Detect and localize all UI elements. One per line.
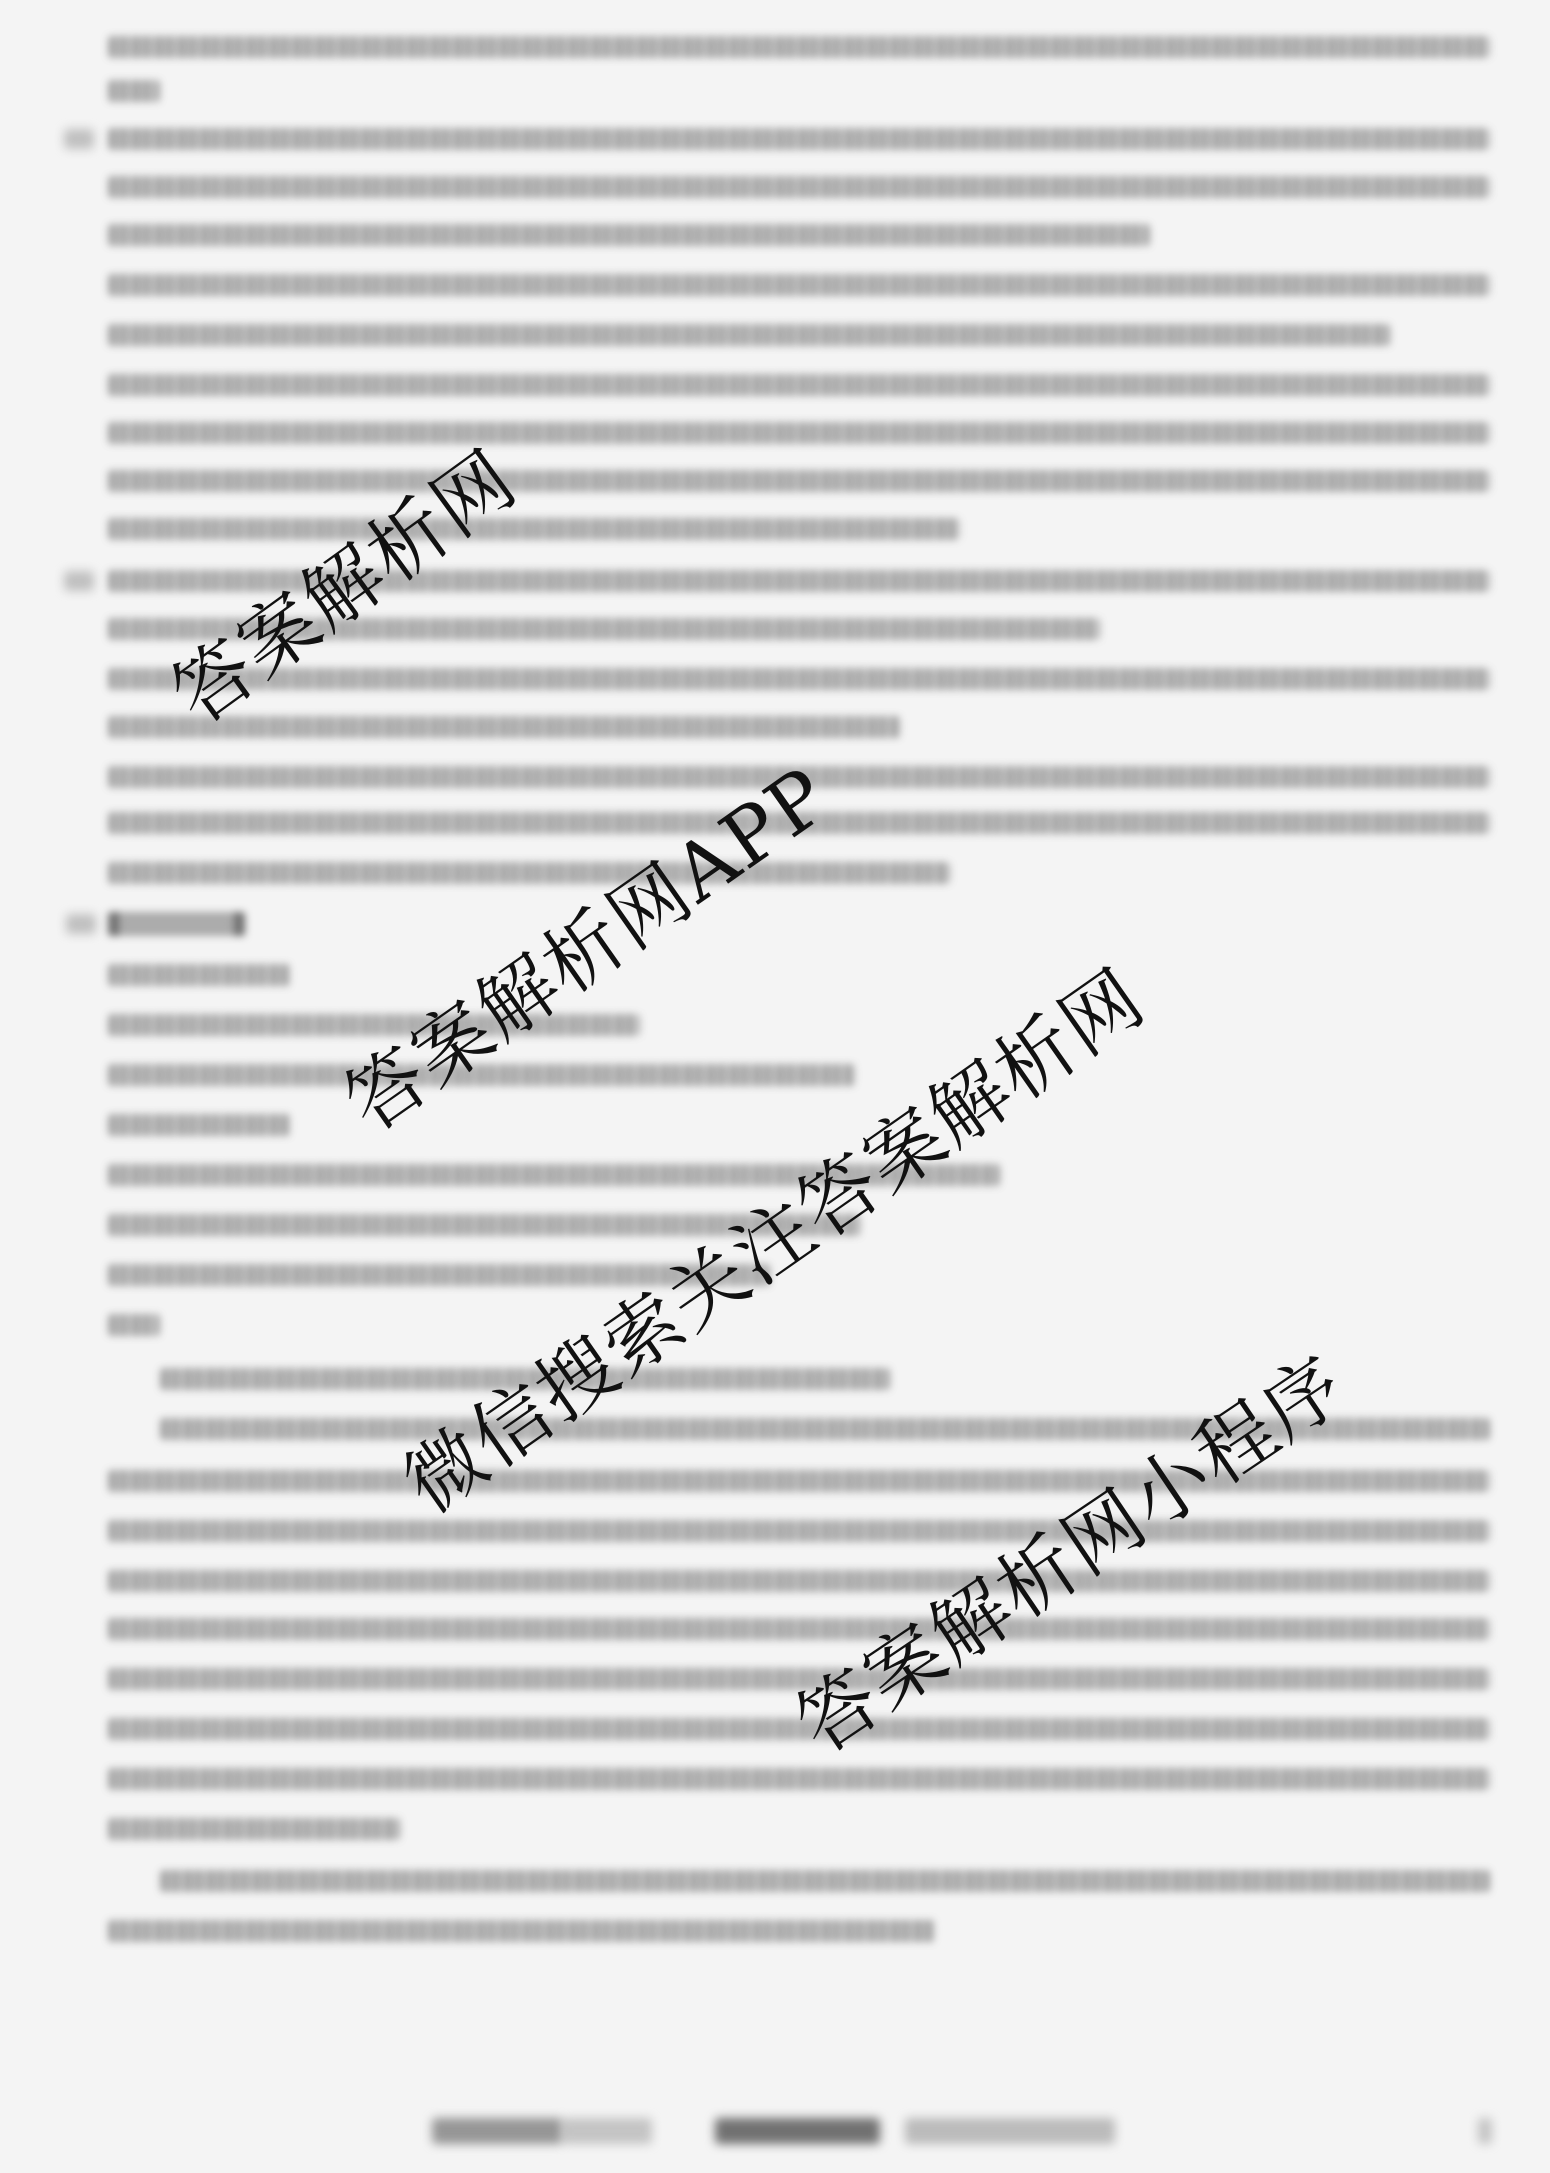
page-number (1478, 2118, 1492, 2144)
blurred-text-line (108, 36, 1490, 58)
blurred-text-line (108, 422, 1490, 444)
blurred-text-line (108, 80, 160, 102)
blurred-text-line (108, 374, 1490, 396)
section-label (108, 912, 245, 936)
blurred-text-line (108, 176, 1490, 198)
blurred-text-line (108, 1114, 290, 1136)
blurred-text-line (108, 128, 1490, 150)
footer-text (905, 2118, 1115, 2144)
blurred-text-line (108, 1618, 1490, 1640)
blurred-text-line (108, 964, 290, 986)
blurred-text-line (108, 1768, 1490, 1790)
blurred-text-line (108, 324, 1390, 346)
blurred-text-line (108, 274, 1490, 296)
blurred-text-line (108, 1570, 1490, 1592)
blurred-text-line (108, 1314, 160, 1336)
blurred-text-line (108, 862, 950, 884)
blurred-text-line (108, 668, 1490, 690)
question-number (64, 571, 94, 591)
blurred-text-line (108, 1520, 1490, 1542)
footer-text (562, 2118, 652, 2144)
footer-text (715, 2118, 880, 2144)
document-page: 答案解析网 答案解析网APP 微信搜索关注答案解析网 答案解析网小程序 (0, 0, 1550, 2173)
blurred-text-line (108, 1818, 400, 1840)
footer-text (432, 2118, 562, 2144)
blurred-text-line (108, 224, 1150, 246)
question-number (64, 129, 94, 149)
blurred-text-line (108, 518, 960, 540)
blurred-text-line (108, 470, 1490, 492)
blurred-text-line (108, 1920, 935, 1942)
watermark-text-miniprogram: 答案解析网小程序 (785, 1344, 1359, 1767)
blurred-text-line (160, 1870, 1490, 1892)
question-number (66, 914, 96, 934)
blurred-text-line (108, 1470, 1490, 1492)
